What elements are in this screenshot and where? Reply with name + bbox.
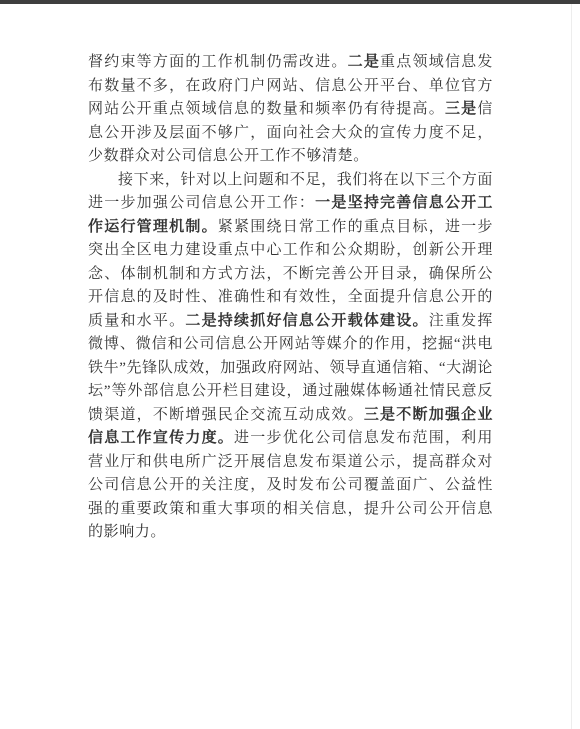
document-body: 督约束等方面的工作机制仍需改进。二是重点领域信息发布数量不多，在政府门户网站、信… xyxy=(88,51,493,545)
text-run: 进一步优化公司信息发布范围，利用营业厅和供电所广泛开展信息发布渠道公示，提高群众… xyxy=(88,430,493,540)
paragraph: 接下来，针对以上问题和不足，我们将在以下三个方面进一步加强公司信息公开工作：一是… xyxy=(88,169,493,545)
text-run: 督约束等方面的工作机制仍需改进。 xyxy=(88,54,348,70)
paragraph: 督约束等方面的工作机制仍需改进。二是重点领域信息发布数量不多，在政府门户网站、信… xyxy=(88,51,493,169)
bold-text-run: 二是 xyxy=(348,54,380,70)
bold-text-run: 二是持续抓好信息公开载体建设。 xyxy=(185,313,428,329)
document-page: 督约束等方面的工作机制仍需改进。二是重点领域信息发布数量不多，在政府门户网站、信… xyxy=(0,0,580,729)
bold-text-run: 三是 xyxy=(445,101,477,117)
window-top-edge xyxy=(0,0,580,4)
page-right-edge xyxy=(571,4,572,729)
